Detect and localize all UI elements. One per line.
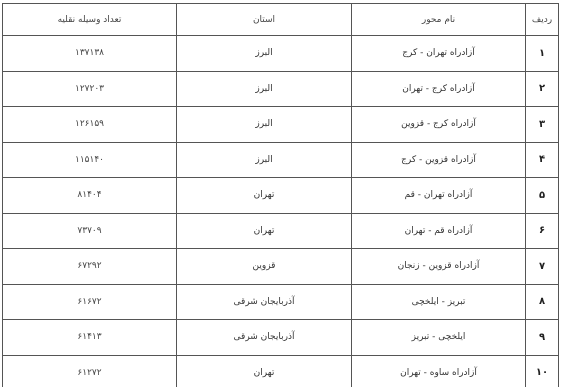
cell-rank: ۲ [526, 71, 559, 107]
cell-province: تهران [177, 355, 352, 387]
table-row: ۵ آزادراه تهران - قم تهران ۸۱۴۰۴ [3, 178, 559, 214]
table-row: ۳ آزادراه کرج - قزوین البرز ۱۲۶۱۵۹ [3, 107, 559, 143]
cell-province: تهران [177, 178, 352, 214]
cell-rank: ۶ [526, 213, 559, 249]
cell-rank: ۱۰ [526, 355, 559, 387]
cell-count: ۱۲۶۱۵۹ [3, 107, 177, 143]
table-row: ۲ آزادراه کرج - تهران البرز ۱۲۷۲۰۳ [3, 71, 559, 107]
cell-rank: ۵ [526, 178, 559, 214]
cell-province: آذربایجان شرقی [177, 320, 352, 356]
table-row: ۱۰ آزادراه ساوه - تهران تهران ۶۱۲۷۲ [3, 355, 559, 387]
header-route: نام محور [352, 4, 526, 36]
table-row: ۴ آزادراه قزوین - کرج البرز ۱۱۵۱۴۰ [3, 142, 559, 178]
cell-route: تبریز - ایلخچی [352, 284, 526, 320]
cell-count: ۶۱۴۱۳ [3, 320, 177, 356]
cell-count: ۷۳۷۰۹ [3, 213, 177, 249]
cell-rank: ۳ [526, 107, 559, 143]
cell-province: البرز [177, 142, 352, 178]
table-row: ۶ آزادراه قم - تهران تهران ۷۳۷۰۹ [3, 213, 559, 249]
cell-count: ۱۲۷۲۰۳ [3, 71, 177, 107]
cell-route: آزادراه کرج - قزوین [352, 107, 526, 143]
cell-rank: ۹ [526, 320, 559, 356]
cell-route: آزادراه ساوه - تهران [352, 355, 526, 387]
cell-province: البرز [177, 71, 352, 107]
header-count: تعداد وسیله نقلیه [3, 4, 177, 36]
cell-route: آزادراه قزوین - کرج [352, 142, 526, 178]
cell-route: ایلخچی - تبریز [352, 320, 526, 356]
table-row: ۹ ایلخچی - تبریز آذربایجان شرقی ۶۱۴۱۳ [3, 320, 559, 356]
cell-count: ۸۱۴۰۴ [3, 178, 177, 214]
traffic-table-container: ردیف نام محور استان تعداد وسیله نقلیه ۱ … [2, 3, 558, 387]
cell-count: ۱۳۷۱۳۸ [3, 36, 177, 72]
cell-route: آزادراه قزوین - زنجان [352, 249, 526, 285]
cell-route: آزادراه تهران - قم [352, 178, 526, 214]
traffic-ranking-table: ردیف نام محور استان تعداد وسیله نقلیه ۱ … [2, 3, 559, 387]
cell-province: قزوین [177, 249, 352, 285]
cell-province: البرز [177, 36, 352, 72]
cell-province: آذربایجان شرقی [177, 284, 352, 320]
table-row: ۱ آزادراه تهران - کرج البرز ۱۳۷۱۳۸ [3, 36, 559, 72]
cell-province: تهران [177, 213, 352, 249]
cell-rank: ۷ [526, 249, 559, 285]
header-province: استان [177, 4, 352, 36]
cell-count: ۱۱۵۱۴۰ [3, 142, 177, 178]
cell-route: آزادراه قم - تهران [352, 213, 526, 249]
header-rank: ردیف [526, 4, 559, 36]
cell-route: آزادراه تهران - کرج [352, 36, 526, 72]
cell-route: آزادراه کرج - تهران [352, 71, 526, 107]
table-header-row: ردیف نام محور استان تعداد وسیله نقلیه [3, 4, 559, 36]
cell-rank: ۱ [526, 36, 559, 72]
table-row: ۷ آزادراه قزوین - زنجان قزوین ۶۷۲۹۲ [3, 249, 559, 285]
cell-count: ۶۱۲۷۲ [3, 355, 177, 387]
cell-count: ۶۷۲۹۲ [3, 249, 177, 285]
cell-count: ۶۱۶۷۲ [3, 284, 177, 320]
table-row: ۸ تبریز - ایلخچی آذربایجان شرقی ۶۱۶۷۲ [3, 284, 559, 320]
cell-rank: ۴ [526, 142, 559, 178]
cell-province: البرز [177, 107, 352, 143]
cell-rank: ۸ [526, 284, 559, 320]
